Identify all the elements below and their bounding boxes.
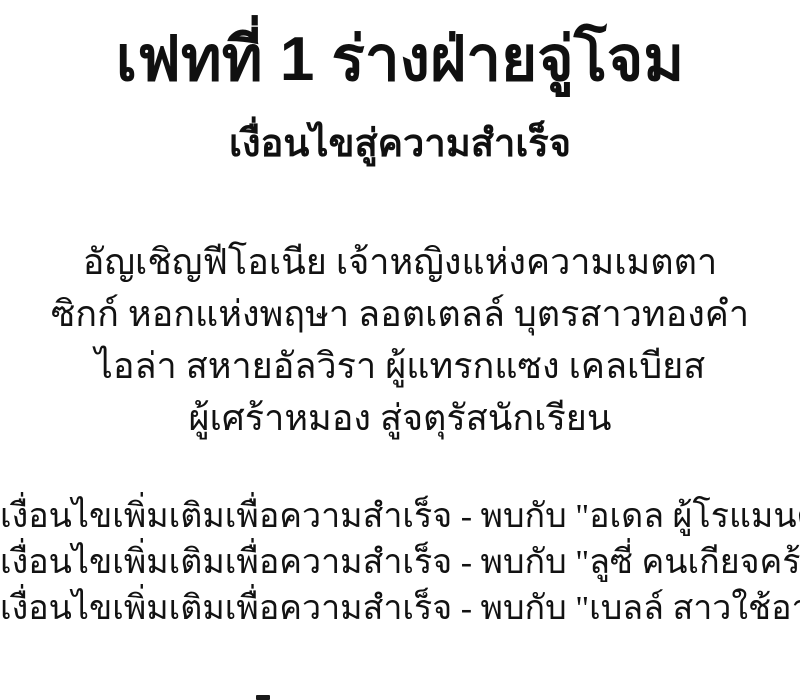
- summon-line: อัญเชิญฟีโอเนีย เจ้าหญิงแห่งความเมตตา: [0, 236, 800, 288]
- conditions-paragraph: เงื่อนไขเพิ่มเติมเพื่อความสำเร็จ - พบกับ…: [0, 494, 800, 632]
- summon-line: ผู้เศร้าหมอง สู่จตุรัสนักเรียน: [0, 392, 800, 444]
- cutoff-text-fragment: [256, 695, 270, 700]
- summon-line: ไอล่า สหายอัลวิรา ผู้แทรกแซง เคลเบียส: [0, 340, 800, 392]
- page-subtitle: เงื่อนไขสู่ความสำเร็จ: [0, 112, 800, 176]
- page-title: เฟทที่ 1 ร่างฝ่ายจู่โจม: [0, 10, 800, 110]
- condition-line: เงื่อนไขเพิ่มเติมเพื่อความสำเร็จ - พบกับ…: [0, 586, 800, 632]
- summon-line: ซิกก์ หอกแห่งพฤษา ลอตเตลล์ บุตรสาวทองคำ: [0, 288, 800, 340]
- condition-line: เงื่อนไขเพิ่มเติมเพื่อความสำเร็จ - พบกับ…: [0, 540, 800, 586]
- summon-paragraph: อัญเชิญฟีโอเนีย เจ้าหญิงแห่งความเมตตา ซิ…: [0, 236, 800, 444]
- document-page: เฟทที่ 1 ร่างฝ่ายจู่โจม เงื่อนไขสู่ความส…: [0, 0, 800, 700]
- condition-line: เงื่อนไขเพิ่มเติมเพื่อความสำเร็จ - พบกับ…: [0, 494, 800, 540]
